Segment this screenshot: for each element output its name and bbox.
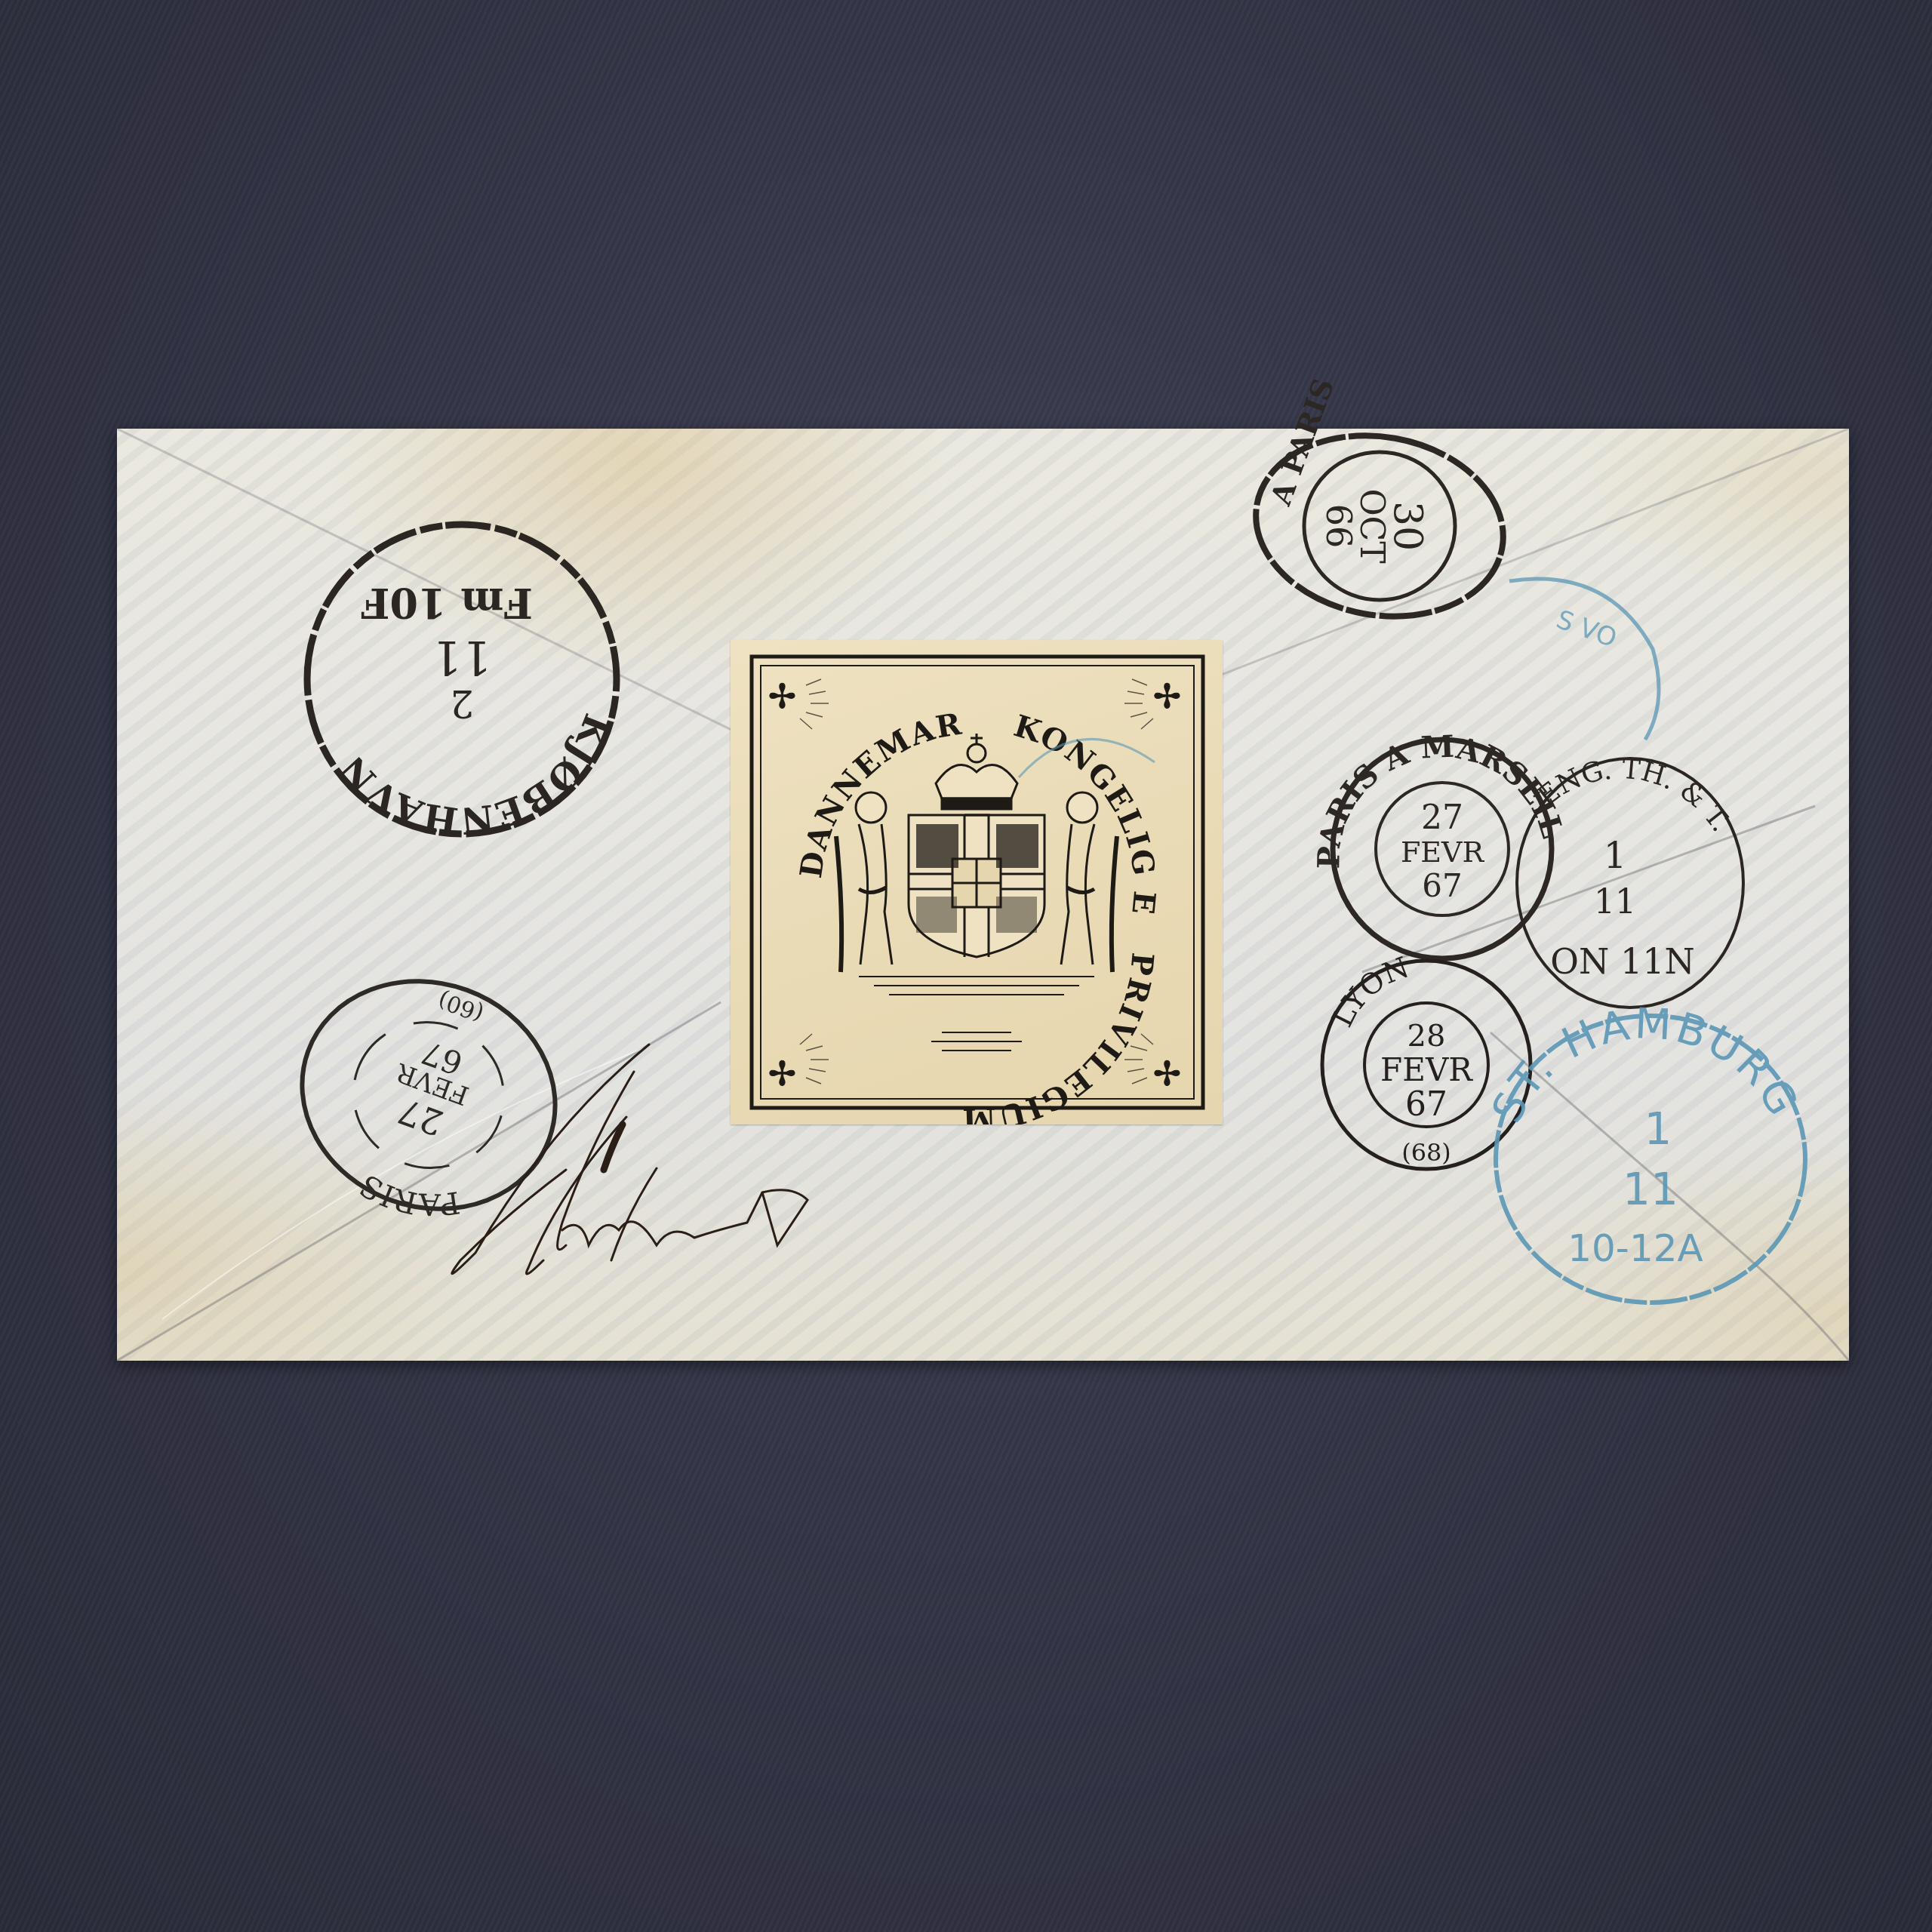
svg-text:11: 11: [1623, 1164, 1678, 1215]
svg-text:(60): (60): [435, 986, 488, 1026]
svg-text:FEVR: FEVR: [1380, 1051, 1473, 1088]
svg-text:LYON: LYON: [1325, 951, 1413, 1032]
svg-text:27: 27: [1421, 798, 1463, 837]
svg-text:ENG. TH. & T.: ENG. TH. & T.: [1532, 754, 1737, 838]
svg-text:67: 67: [1405, 1085, 1447, 1124]
svg-text:ON 11N: ON 11N: [1550, 941, 1694, 982]
wild-man-right-icon: [1061, 792, 1117, 972]
svg-text:✢: ✢: [1153, 1055, 1181, 1094]
svg-text:Ubrnett: Ubrnett: [430, 1034, 434, 1035]
postmark-blue-on-stamp: [1011, 717, 1162, 808]
corner-ornament-icon: ✢: [768, 678, 796, 716]
svg-text:(68): (68): [1401, 1138, 1451, 1167]
svg-text:✢: ✢: [1153, 678, 1181, 716]
postmark-hamburg: ST. HAMBURG 1 11 10-12A: [1481, 1001, 1813, 1303]
svg-text:30: 30: [1385, 501, 1430, 551]
svg-text:1: 1: [1604, 835, 1627, 877]
signature-strokes: Ubrnett: [430, 1034, 868, 1291]
svg-text:1: 1: [1644, 1103, 1672, 1155]
svg-text:11: 11: [1594, 883, 1636, 921]
svg-text:66: 66: [1318, 504, 1359, 549]
postmark-blue-partial: S VO: [1472, 566, 1675, 747]
svg-text:KJØBENHAVN: KJØBENHAVN: [331, 708, 618, 841]
handwritten-signature: Ubrnett: [430, 1034, 868, 1291]
svg-text:10-12A: 10-12A: [1567, 1226, 1703, 1270]
svg-text:2: 2: [450, 681, 474, 725]
svg-text:67: 67: [1422, 867, 1462, 904]
svg-text:S VO: S VO: [1552, 605, 1621, 654]
svg-text:11: 11: [432, 630, 492, 685]
svg-text:FEVR: FEVR: [1401, 835, 1485, 869]
svg-text:✢: ✢: [768, 678, 796, 716]
svg-text:28: 28: [1407, 1019, 1446, 1054]
postmark-kjobenhavn: KJØBENHAVN 2 11 Fm 10F: [296, 513, 628, 845]
svg-text:Fm 10F: Fm 10F: [361, 579, 533, 627]
